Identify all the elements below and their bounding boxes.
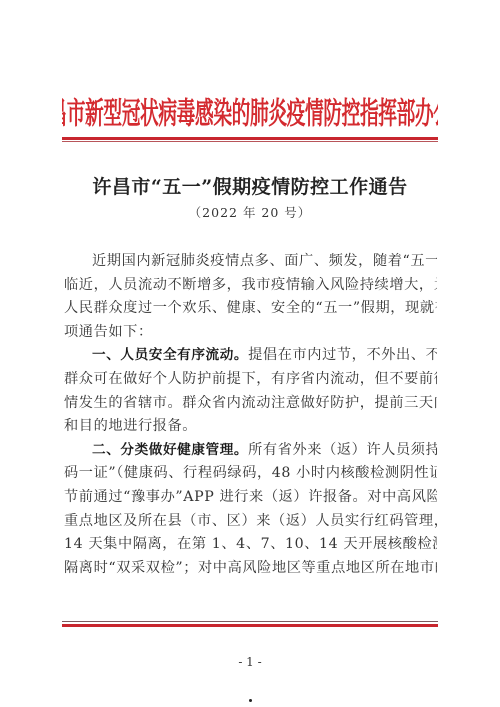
body-line: 14 天集中隔离，在第 1、4、7、10、14 天开展核酸检测，解除 (64, 533, 437, 557)
footer-red-rule (62, 624, 438, 627)
section-1-first-line: 一、人员安全有序流动。提倡在市内过节，不外出、不远行， (64, 344, 437, 368)
body-line: 人民群众度过一个欢乐、健康、安全的“五一”假期，现就有关事 (64, 297, 437, 321)
body-line: 隔离时“双采双检”；对中高风险地区等重点地区所在地市的其 (64, 557, 437, 581)
section-1-heading: 一、人员安全有序流动。 (92, 347, 248, 363)
letterhead-red-rule (62, 137, 438, 140)
footer-thin-rule (62, 621, 438, 622)
page-dot (249, 699, 252, 702)
body-line: 重点地区及所在县（市、区）来（返）人员实行红码管理，落实 (64, 510, 437, 534)
document-body: 近期国内新冠肺炎疫情点多、面广、频发，随着“五一”假期 临近，人员流动不断增多，… (64, 250, 437, 580)
section-2-first-line: 二、分类做好健康管理。所有省外来（返）许人员须持“两 (64, 439, 437, 463)
body-line: 近期国内新冠肺炎疫情点多、面广、频发，随着“五一”假期 (64, 250, 437, 274)
body-line: 码一证”（健康码、行程码绿码，48 小时内核酸检测阴性证明）， (64, 462, 437, 486)
page-number: - 1 - (0, 655, 500, 669)
body-line: 项通告如下： (64, 321, 437, 345)
body-line: 和目的地进行报备。 (64, 415, 437, 439)
body-line: 临近，人员流动不断增多，我市疫情输入风险持续增大，为确保 (64, 274, 437, 298)
letterhead-thin-rule (62, 141, 438, 142)
letterhead-title: 许昌市新型冠状病毒感染的肺炎疫情防控指挥部办公室 (62, 92, 438, 128)
issuing-office-name: 许昌市新型冠状病毒感染的肺炎疫情防控指挥部办公室 (62, 92, 438, 128)
body-line: 节前通过“豫事办”APP 进行来（返）许报备。对中高风险地区等 (64, 486, 437, 510)
body-line: 群众可在做好个人防护前提下，有序省内流动，但不要前往有疫 (64, 368, 437, 392)
section-1-text: 提倡在市内过节，不外出、不远行， (248, 347, 437, 363)
section-2-text: 所有省外来（返）许人员须持“两 (248, 442, 437, 458)
section-2-heading: 二、分类做好健康管理。 (92, 442, 248, 458)
document-number: （2022 年 20 号） (0, 203, 500, 221)
body-line: 情发生的省辖市。群众省内流动注意做好防护，提前三天向单位 (64, 392, 437, 416)
document-title: 许昌市“五一”假期疫情防控工作通告 (0, 172, 500, 199)
